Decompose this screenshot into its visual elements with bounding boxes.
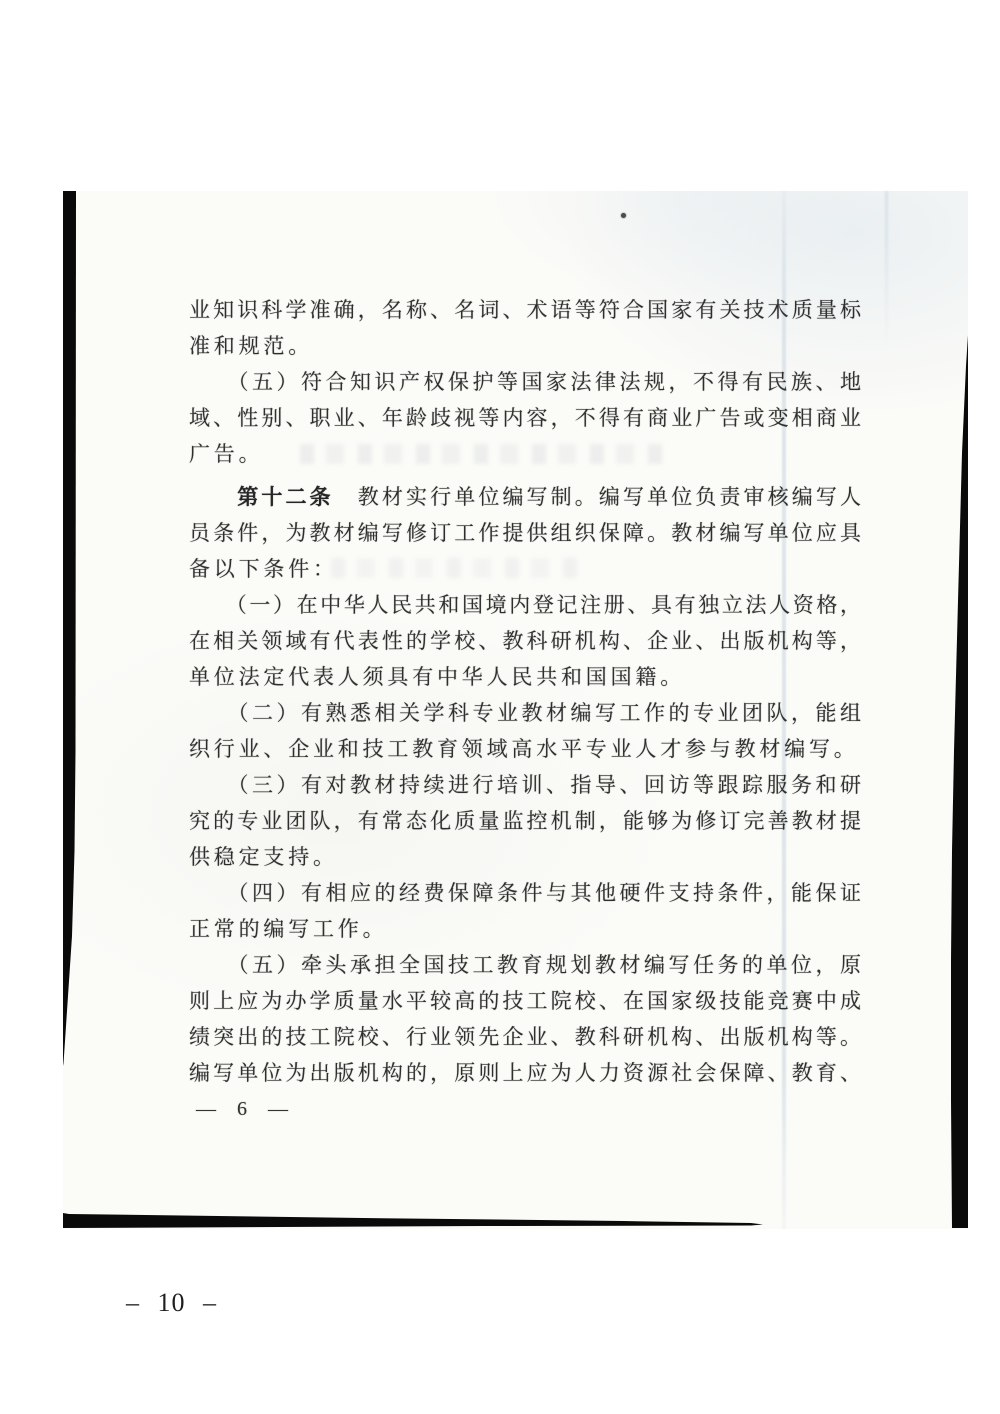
bold-article-number: 第十二条 [189, 485, 334, 509]
scan-streak [885, 191, 888, 351]
text-line: 正常的编写工作。 [189, 911, 861, 947]
bottom-edge-bar [63, 1213, 763, 1228]
text-line: 织行业、企业和技工教育领域高水平专业人才参与教材编写。 [189, 731, 861, 767]
text-line: （五）符合知识产权保护等国家法律法规，不得有民族、地 [189, 364, 861, 400]
text-line: 在相关领域有代表性的学校、教科研机构、企业、出版机构等， [189, 623, 861, 659]
paragraph-block-1: 业知识科学准确，名称、名词、术语等符合国家有关技术质量标准和规范。 （五）符合知… [189, 292, 861, 472]
text-line: 究的专业团队，有常态化质量监控机制，能够为修订完善教材提 [189, 803, 861, 839]
text-line: 备以下条件： [189, 551, 861, 587]
outer-page-number: – 10 – [126, 1288, 217, 1318]
scanned-document-page: { "page": { "page_number": "– 10 –" }, "… [0, 0, 1000, 1414]
scanned-sheet: 业知识科学准确，名称、名词、术语等符合国家有关技术质量标准和规范。 （五）符合知… [63, 191, 968, 1229]
text-line: （一）在中华人民共和国境内登记注册、具有独立法人资格， [189, 587, 861, 623]
text-line: 业知识科学准确，名称、名词、术语等符合国家有关技术质量标 [189, 292, 861, 328]
ink-speck [621, 213, 626, 218]
text-line: 编写单位为出版机构的，原则上应为人力资源社会保障、教育、 [189, 1055, 861, 1091]
text-line: （四）有相应的经费保障条件与其他硬件支持条件，能保证 [189, 875, 861, 911]
text-line: （三）有对教材持续进行培训、指导、回访等跟踪服务和研 [189, 767, 861, 803]
text-line: 供稳定支持。 [189, 839, 861, 875]
text-line: 单位法定代表人须具有中华人民共和国国籍。 [189, 659, 861, 695]
text-line: 广告。 [189, 436, 861, 472]
text-line: （二）有熟悉相关学科专业教材编写工作的专业团队，能组 [189, 695, 861, 731]
text-line: （五）牵头承担全国技工教育规划教材编写任务的单位，原 [189, 947, 861, 983]
paragraph-block-2: 第十二条 教材实行单位编写制。编写单位负责审核编写人员条件，为教材编写修订工作提… [189, 479, 861, 1091]
text-line: 准和规范。 [189, 328, 861, 364]
scan-footer-page-number: — 6 — [196, 1091, 289, 1127]
text-line: 域、性别、职业、年龄歧视等内容，不得有商业广告或变相商业 [189, 400, 861, 436]
right-edge-bar [951, 335, 968, 1228]
text-line: 绩突出的技工院校、行业领先企业、教科研机构、出版机构等。 [189, 1019, 861, 1055]
text-line: 员条件，为教材编写修订工作提供组织保障。教材编写单位应具 [189, 515, 861, 551]
left-edge-bar [63, 191, 76, 1066]
text-line: 第十二条 教材实行单位编写制。编写单位负责审核编写人 [189, 479, 861, 515]
text-line: 则上应为办学质量水平较高的技工院校、在国家级技能竞赛中成 [189, 983, 861, 1019]
